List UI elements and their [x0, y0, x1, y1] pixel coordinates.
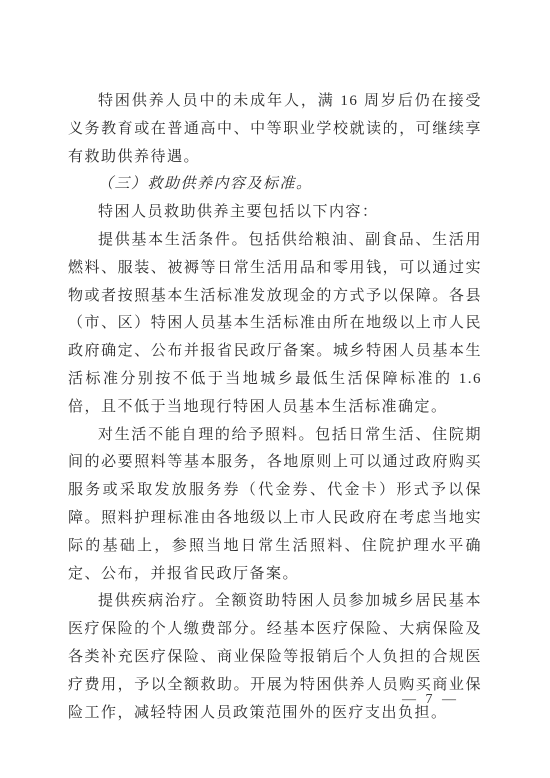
document-body: 特困供养人员中的未成年人，满 16 周岁后仍在接受义务教育或在普通高中、中等职业… — [68, 88, 482, 727]
document-page: 特困供养人员中的未成年人，满 16 周岁后仍在接受义务教育或在普通高中、中等职业… — [0, 0, 550, 778]
paragraph-contents-intro: 特困人员救助供养主要包括以下内容： — [68, 199, 482, 227]
paragraph-minors-continuation: 特困供养人员中的未成年人，满 16 周岁后仍在接受义务教育或在普通高中、中等职业… — [68, 88, 482, 171]
paragraph-daily-care: 对生活不能自理的给予照料。包括日常生活、住院期间的必要照料等基本服务，各地原则上… — [68, 422, 482, 589]
paragraph-basic-living-conditions: 提供基本生活条件。包括供给粮油、副食品、生活用燃料、服装、被褥等日常生活用品和零… — [68, 227, 482, 422]
section-heading: （三）救助供养内容及标准。 — [68, 171, 482, 199]
page-number: — 7 — — [402, 692, 459, 708]
